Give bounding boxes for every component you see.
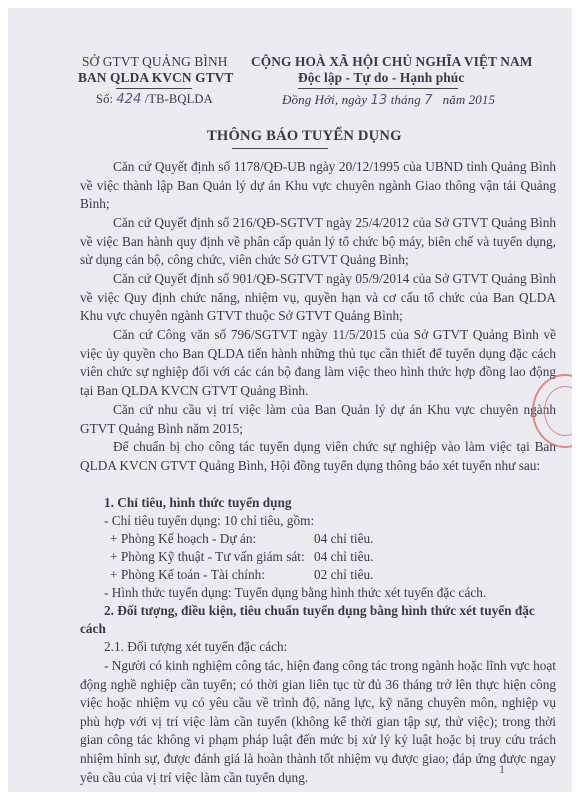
red-seal-stamp: [532, 374, 572, 448]
stamp-clip: [0, 0, 572, 800]
page-number: 1: [499, 762, 505, 777]
